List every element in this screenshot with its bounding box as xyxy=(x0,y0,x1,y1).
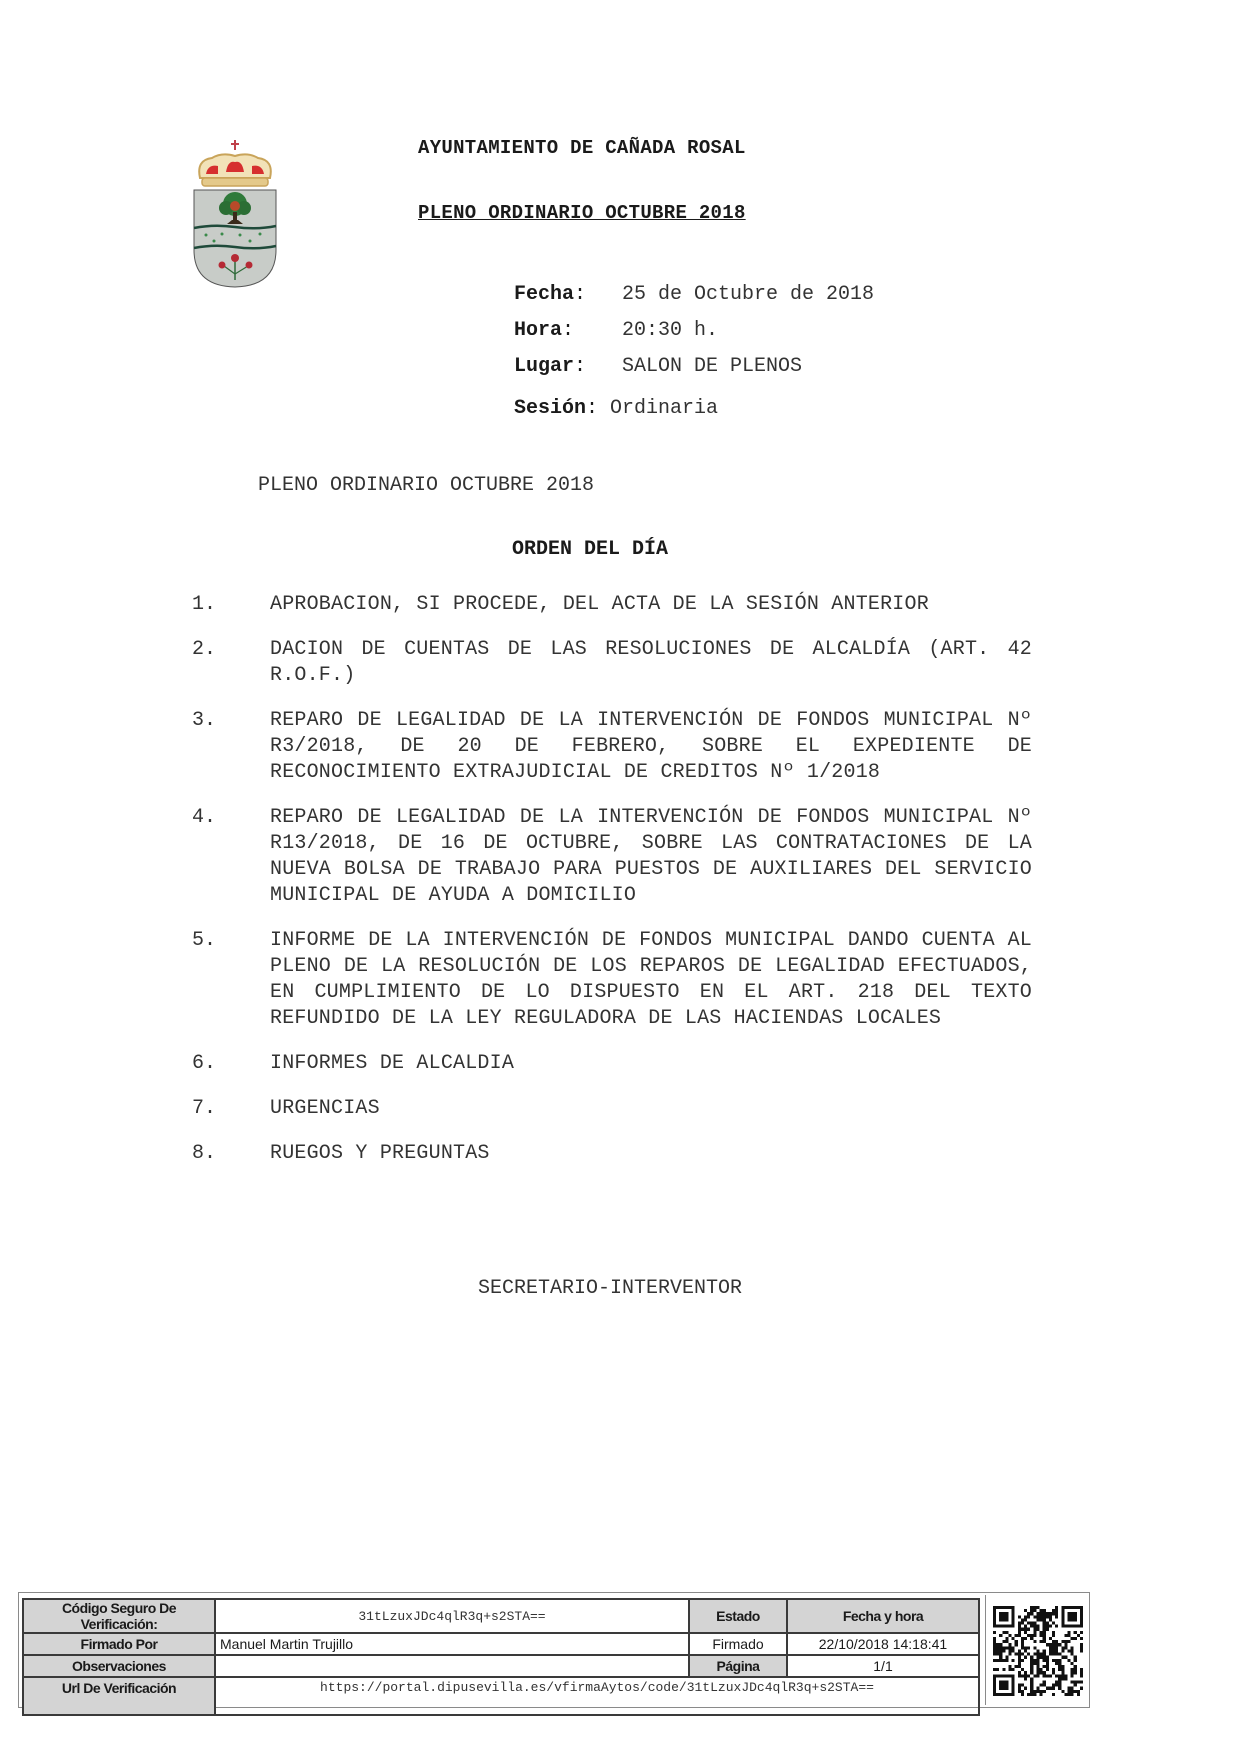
colon: : xyxy=(562,319,574,342)
session-details: Fecha: 25 de Octubre de 2018 Hora: 20:30… xyxy=(514,276,874,426)
pagina-label: Página xyxy=(689,1655,787,1677)
agenda-item-text: REPARO DE LEGALIDAD DE LA INTERVENCIÓN D… xyxy=(270,708,1032,786)
fecha-row: Fecha: 25 de Octubre de 2018 xyxy=(514,276,874,312)
agenda-item: 5.INFORME DE LA INTERVENCIÓN DE FONDOS M… xyxy=(192,928,1032,1032)
agenda-item-number: 4. xyxy=(192,805,270,909)
fecha-hora-value: 22/10/2018 14:18:41 xyxy=(787,1633,979,1655)
coat-of-arms-icon xyxy=(192,138,278,288)
agenda-item-text: URGENCIAS xyxy=(270,1096,1032,1122)
firmado-por-label: Firmado Por xyxy=(23,1633,215,1655)
url-label: Url De Verificación xyxy=(23,1677,215,1715)
agenda-item-text: INFORME DE LA INTERVENCIÓN DE FONDOS MUN… xyxy=(270,928,1032,1032)
agenda-item-number: 8. xyxy=(192,1141,270,1167)
session-subtitle: PLENO ORDINARIO OCTUBRE 2018 xyxy=(258,474,594,497)
agenda-item: 2.DACION DE CUENTAS DE LAS RESOLUCIONES … xyxy=(192,637,1032,689)
agenda-item-text: RUEGOS Y PREGUNTAS xyxy=(270,1141,1032,1167)
observaciones-value xyxy=(215,1655,689,1677)
agenda-item-number: 1. xyxy=(192,592,270,618)
lugar-label-text: Lugar xyxy=(514,355,574,378)
agenda-item: 8.RUEGOS Y PREGUNTAS xyxy=(192,1141,1032,1167)
hora-label: Hora: xyxy=(514,319,622,342)
csv-label: Código Seguro De Verificación: xyxy=(23,1599,215,1633)
lugar-row: Lugar: SALON DE PLENOS xyxy=(514,348,874,384)
agenda-item-number: 3. xyxy=(192,708,270,786)
estado-value: Firmado xyxy=(689,1633,787,1655)
order-heading-text: ORDEN DEL DÍA xyxy=(512,538,668,561)
fecha-value: 25 de Octubre de 2018 xyxy=(622,283,874,306)
pagina-value: 1/1 xyxy=(787,1655,979,1677)
agenda-list: 1.APROBACION, SI PROCEDE, DEL ACTA DE LA… xyxy=(192,592,1032,1186)
order-heading: ORDEN DEL DÍA xyxy=(0,538,1240,561)
fecha-label: Fecha: xyxy=(514,283,622,306)
agenda-item-text: INFORMES DE ALCALDIA xyxy=(270,1051,1032,1077)
sesion-label-text: Sesión xyxy=(514,397,586,420)
verification-table: Código Seguro De Verificación: 31tLzuxJD… xyxy=(22,1598,980,1716)
agenda-item: 1.APROBACION, SI PROCEDE, DEL ACTA DE LA… xyxy=(192,592,1032,618)
lugar-label: Lugar: xyxy=(514,355,622,378)
agenda-item-text: REPARO DE LEGALIDAD DE LA INTERVENCIÓN D… xyxy=(270,805,1032,909)
agenda-item: 4.REPARO DE LEGALIDAD DE LA INTERVENCIÓN… xyxy=(192,805,1032,909)
colon: : xyxy=(574,355,586,378)
url-value[interactable]: https://portal.dipusevilla.es/vfirmaAyto… xyxy=(215,1677,979,1715)
fecha-label-text: Fecha xyxy=(514,283,574,306)
agenda-item-number: 6. xyxy=(192,1051,270,1077)
signer-title: SECRETARIO-INTERVENTOR xyxy=(0,1277,1240,1300)
sesion-label: Sesión: xyxy=(514,397,610,420)
agenda-item: 3.REPARO DE LEGALIDAD DE LA INTERVENCIÓN… xyxy=(192,708,1032,786)
agenda-item-text: DACION DE CUENTAS DE LAS RESOLUCIONES DE… xyxy=(270,637,1032,689)
firmado-por-value: Manuel Martin Trujillo xyxy=(215,1633,689,1655)
lugar-value: SALON DE PLENOS xyxy=(622,355,802,378)
agenda-item-number: 7. xyxy=(192,1096,270,1122)
hora-row: Hora: 20:30 h. xyxy=(514,312,874,348)
agenda-item: 7.URGENCIAS xyxy=(192,1096,1032,1122)
sesion-value: Ordinaria xyxy=(610,397,718,420)
colon: : xyxy=(574,283,586,306)
agenda-item-number: 2. xyxy=(192,637,270,689)
fecha-hora-label: Fecha y hora xyxy=(787,1599,979,1633)
estado-label: Estado xyxy=(689,1599,787,1633)
colon: : xyxy=(586,397,598,420)
document-title: PLENO ORDINARIO OCTUBRE 2018 xyxy=(418,202,746,224)
agenda-item: 6.INFORMES DE ALCALDIA xyxy=(192,1051,1032,1077)
qr-code-icon xyxy=(993,1606,1083,1696)
hora-value: 20:30 h. xyxy=(622,319,718,342)
organization-name: AYUNTAMIENTO DE CAÑADA ROSAL xyxy=(418,137,746,159)
observaciones-label: Observaciones xyxy=(23,1655,215,1677)
sesion-row: Sesión: Ordinaria xyxy=(514,390,874,426)
agenda-item-text: APROBACION, SI PROCEDE, DEL ACTA DE LA S… xyxy=(270,592,1032,618)
signer-text: SECRETARIO-INTERVENTOR xyxy=(478,1277,742,1300)
agenda-item-number: 5. xyxy=(192,928,270,1032)
csv-value: 31tLzuxJDc4qlR3q+s2STA== xyxy=(215,1599,689,1633)
hora-label-text: Hora xyxy=(514,319,562,342)
